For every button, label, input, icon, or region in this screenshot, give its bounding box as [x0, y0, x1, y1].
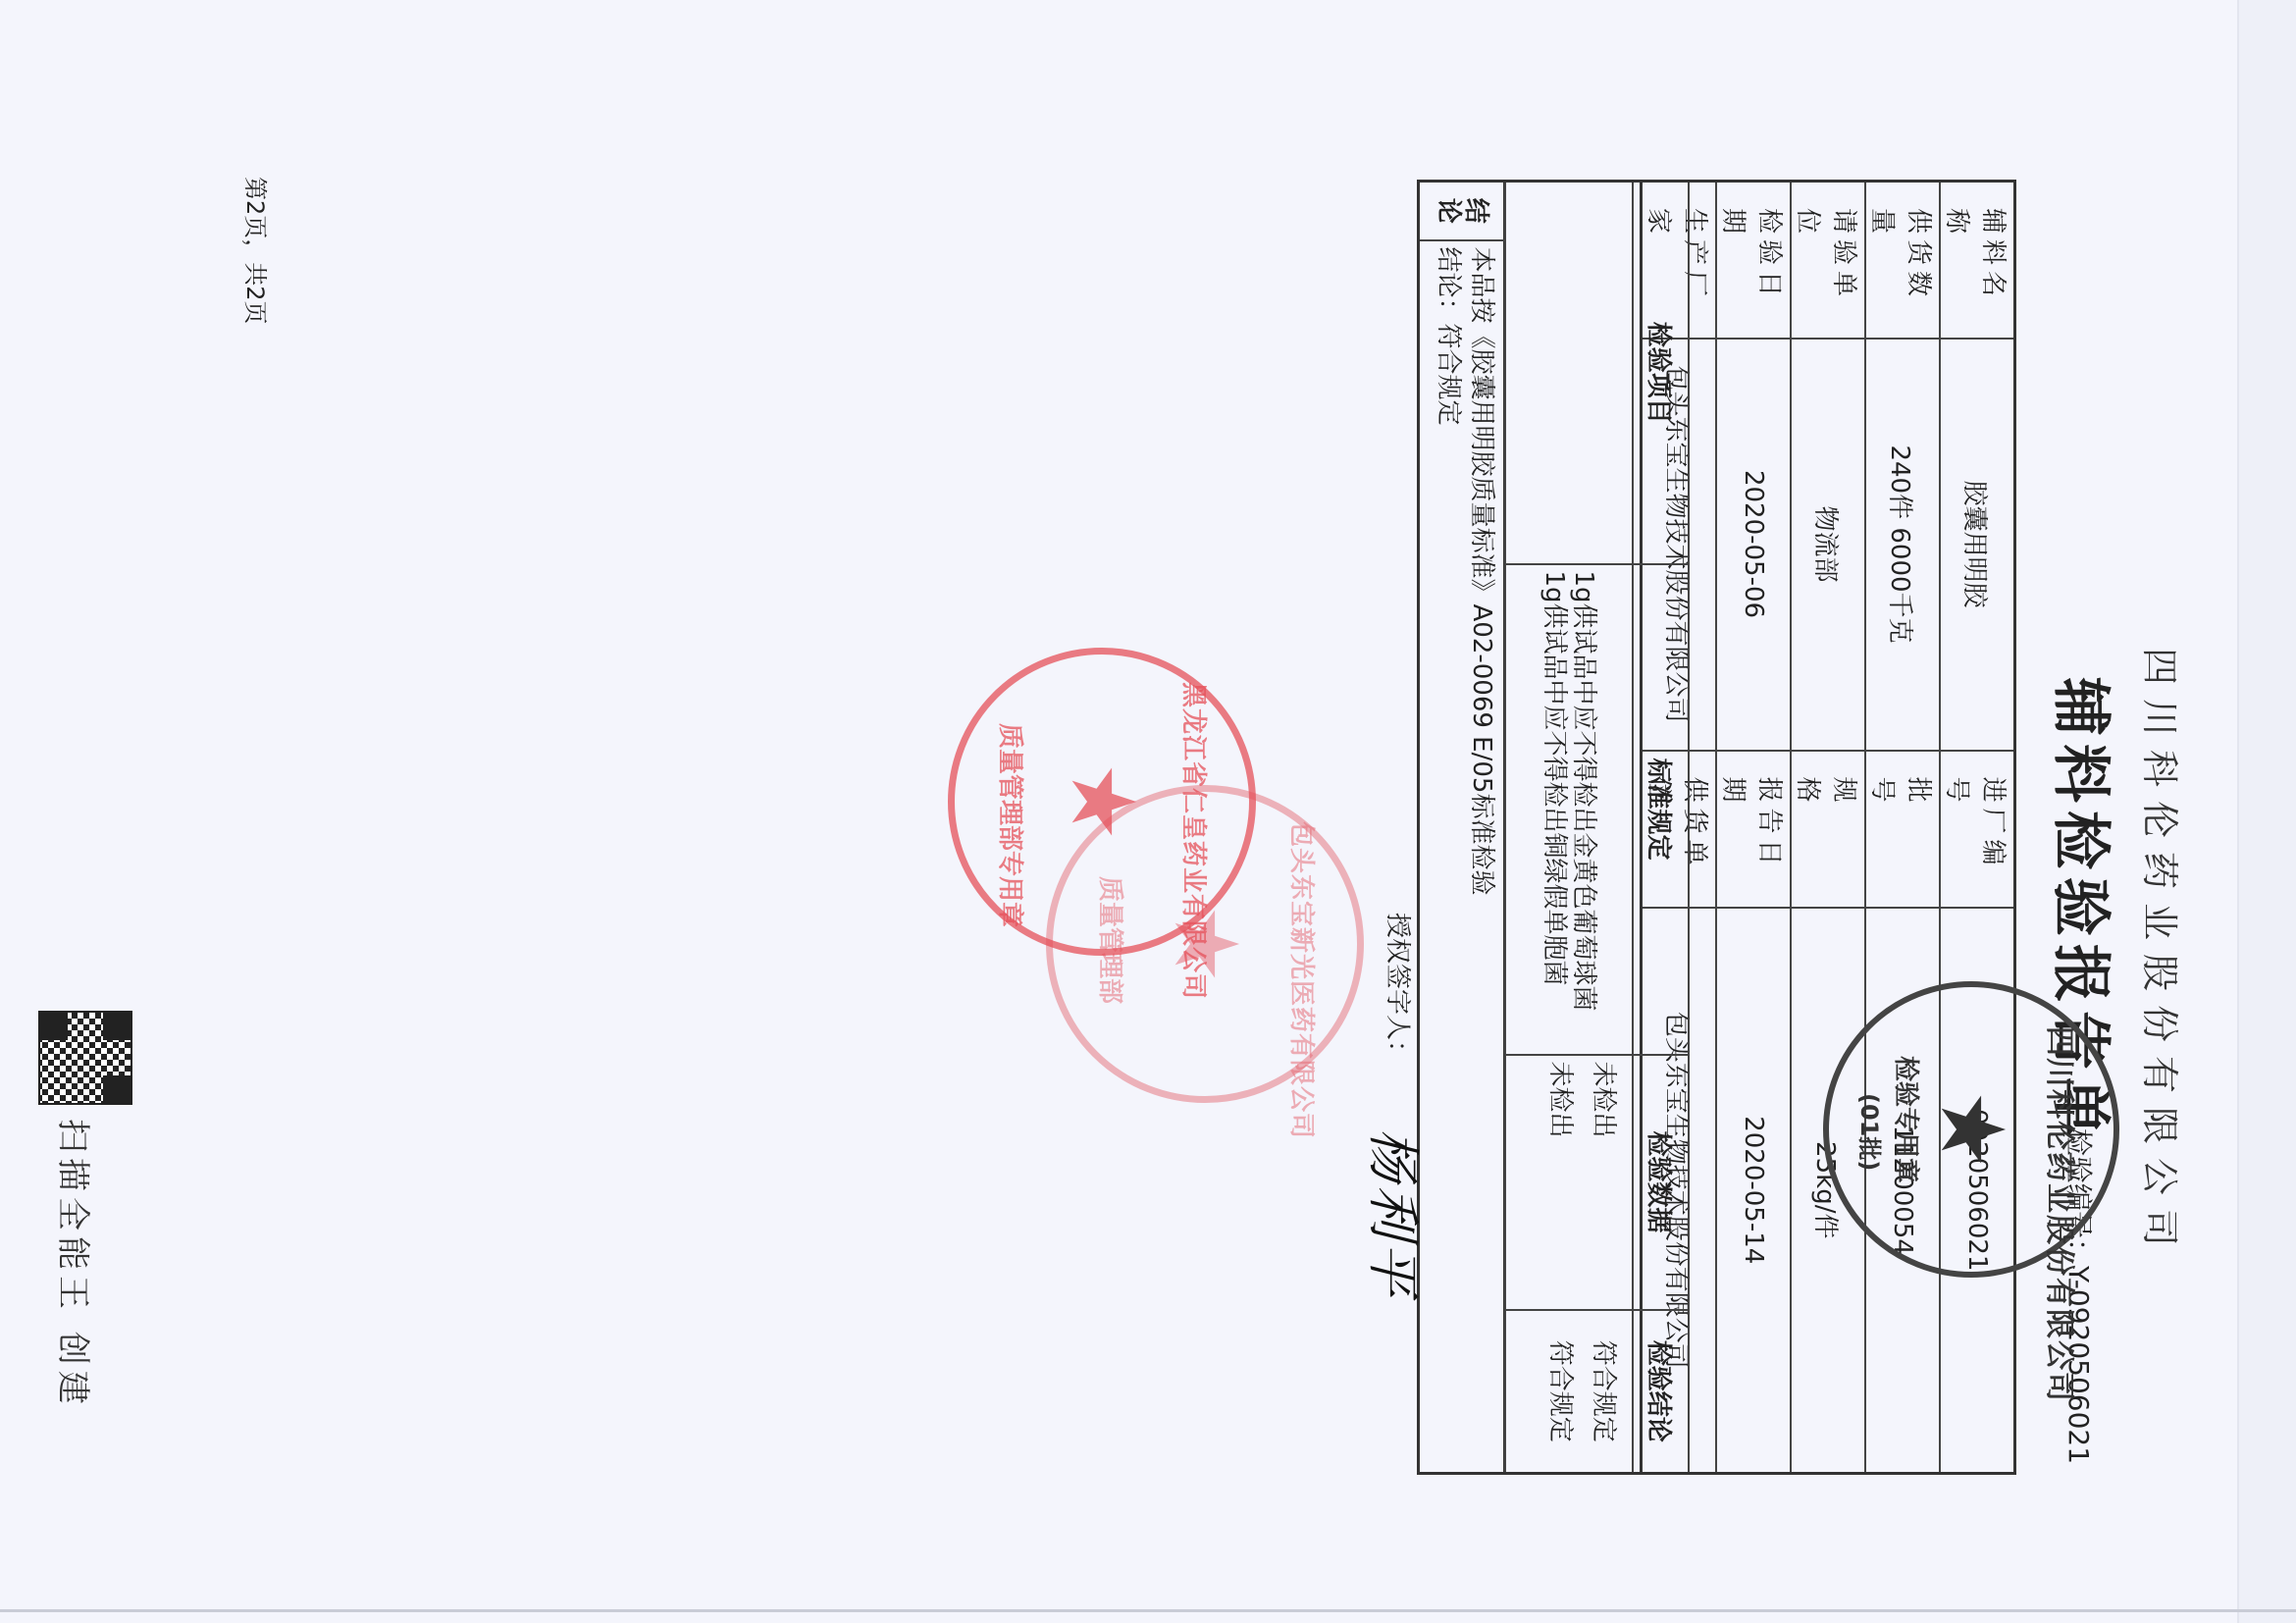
- qc-stamp: 四川科伦药业股份有限公司 ★ 检验专用章 (01批): [1823, 981, 2119, 1278]
- label-entry-no: 进厂编号: [1940, 751, 2015, 908]
- standard-line-1: 1g供试品中应不得检出金黄色葡萄球菌: [1569, 571, 1598, 1048]
- label-report-date: 报告日期: [1716, 751, 1791, 908]
- handwritten-signature: 杨利平: [1359, 1128, 1435, 1299]
- header-test-data: 检验数据: [1633, 1055, 1689, 1310]
- label-spec: 规 格: [1791, 751, 1865, 908]
- paper-edge: [2237, 0, 2296, 1623]
- table-row: 检验日期 2020-05-06 报告日期 2020-05-14: [1716, 182, 1791, 1474]
- standard-line-2: 1g供试品中应不得检出铜绿假单胞菌: [1539, 571, 1569, 1048]
- conclusion-label: 结论: [1419, 182, 1505, 240]
- header-standard: 标准规定: [1633, 564, 1689, 1055]
- value-inspection-date: 2020-05-06: [1716, 339, 1791, 751]
- value-requesting-dept: 物流部: [1791, 339, 1865, 751]
- supplier-stamp-1-bottom-text: 质量管理部专用章: [994, 723, 1030, 927]
- test-data-1: 未检出: [1581, 1062, 1624, 1303]
- scanned-report-page: 四川科伦药业股份有限公司 辅料检验报告单 检验编号：Y-0920506021 辅…: [0, 0, 2296, 1623]
- label-inspection-date: 检验日期: [1716, 182, 1791, 339]
- supplier-stamp-2-top-text: 包头东宝新光医药有限公司: [1285, 821, 1322, 1139]
- qc-stamp-mid-text: 检验专用章: [1890, 1056, 1926, 1183]
- signer-label: 授权签字人：: [1382, 913, 1418, 1066]
- table-row: 请验单位 物流部 规 格 25kg/件: [1791, 182, 1865, 1474]
- test-item-cell: [1505, 182, 1633, 564]
- test-result-cell: 符合规定 符合规定: [1505, 1310, 1633, 1474]
- test-result-1: 符合规定: [1581, 1317, 1624, 1467]
- test-results-table: 检验项目 标准规定 检验数据 检验结论 1g供试品中应不得检出金黄色葡萄球菌 1…: [1504, 180, 1691, 1475]
- table-row: 1g供试品中应不得检出金黄色葡萄球菌 1g供试品中应不得检出铜绿假单胞菌 未检出…: [1505, 182, 1633, 1474]
- test-data-cell: 未检出 未检出: [1505, 1055, 1633, 1310]
- table-header-row: 检验项目 标准规定 检验数据 检验结论: [1633, 182, 1689, 1474]
- header-test-result: 检验结论: [1633, 1310, 1689, 1474]
- qc-stamp-top-text: 四川科伦药业股份有限公司: [2041, 1026, 2084, 1403]
- qc-stamp-bottom-text: (01批): [1854, 1093, 1889, 1171]
- supplier-stamp-1-top-text: 黑龙江省仁皇药业有限公司: [1177, 682, 1214, 1000]
- value-material-name: 胶囊用明胶: [1940, 339, 2015, 751]
- test-result-2: 符合规定: [1544, 1317, 1581, 1467]
- label-supply-qty: 供货数量: [1865, 182, 1940, 339]
- supplier-stamp-1: 黑龙江省仁皇药业有限公司 ★ 质量管理部专用章: [948, 648, 1256, 956]
- value-report-date: 2020-05-14: [1716, 908, 1791, 1474]
- star-icon: ★: [1058, 762, 1146, 842]
- table-row: 供货数量 240件 6000千克 批 号 11200054: [1865, 182, 1940, 1474]
- conclusion-result: 结论：符合规定: [1432, 247, 1465, 1467]
- inspection-report-table: 辅料名称 胶囊用明胶 进厂编号 0920506021 供货数量 240件 600…: [1640, 180, 2016, 1475]
- scan-border: [0, 1609, 2296, 1612]
- label-batch-no: 批 号: [1865, 751, 1940, 908]
- header-test-item: 检验项目: [1633, 182, 1689, 564]
- star-icon: ★: [1927, 1090, 2015, 1170]
- conclusion-basis: 本品按《胶囊用明胶质量标准》A02-0069 E/05标准检验: [1465, 247, 1498, 1467]
- test-data-2: 未检出: [1544, 1062, 1581, 1303]
- page-number: 第2页，共2页: [240, 177, 275, 325]
- value-supply-qty: 240件 6000千克: [1865, 339, 1940, 751]
- standard-cell: 1g供试品中应不得检出金黄色葡萄球菌 1g供试品中应不得检出铜绿假单胞菌: [1505, 564, 1633, 1055]
- company-name: 四川科伦药业股份有限公司: [2136, 648, 2190, 1260]
- qr-code-icon: [38, 1011, 132, 1105]
- label-material-name: 辅料名称: [1940, 182, 2015, 339]
- label-requesting-dept: 请验单位: [1791, 182, 1865, 339]
- table-row: 辅料名称 胶囊用明胶 进厂编号 0920506021: [1940, 182, 2015, 1474]
- scanner-watermark: 扫描全能王 创建: [52, 1119, 100, 1410]
